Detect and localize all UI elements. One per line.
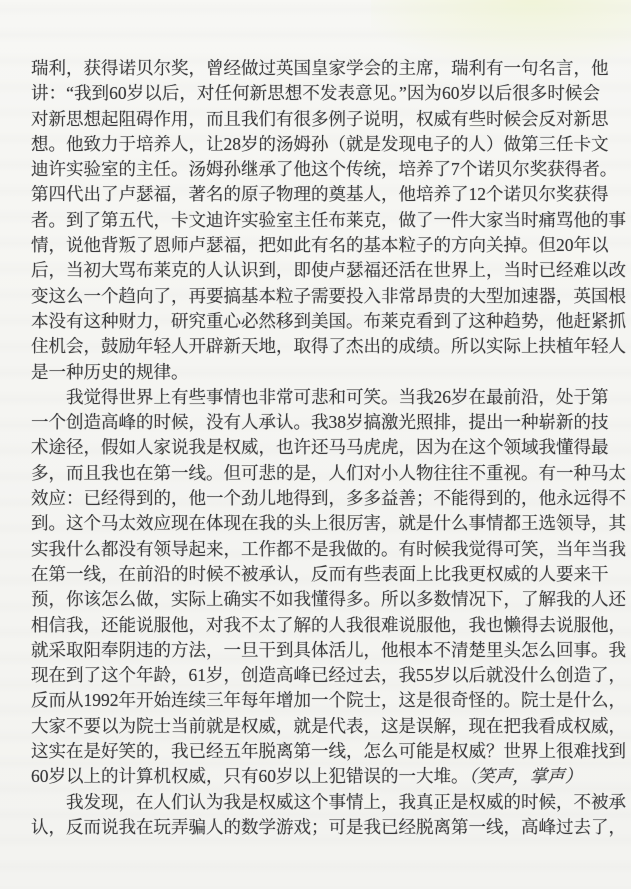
text-line: 反而从1992年开始连续三年每年增加一个院士，这是很奇怪的。院士是什么， — [31, 688, 600, 713]
text-line: 者。到了第五代，卡文迪许实验室主任布莱克，做了一件大家当时痛骂他的事 — [31, 208, 600, 233]
text-line: 本没有这种财力，研究重心必然移到美国。布莱克看到了这种趋势，他赶紧抓 — [31, 309, 600, 334]
text-line-page-end: 认，反而说我在玩弄骗人的数学游戏；可是我已经脱离第一线，高峰过去了， — [31, 815, 600, 840]
text-line-paragraph-end: 是一种历史的规律。 — [31, 360, 600, 385]
text-line: 效应：已经得到的，他一个劲儿地得到，多多益善；不能得到的，他永远得不 — [31, 486, 600, 511]
scan-artifact-corner-tint — [371, 0, 631, 60]
text-line: 到。这个马太效应现在体现在我的头上很厉害，就是什么事情都王选领导，其 — [31, 511, 600, 536]
text-line: 现在到了这个年龄，61岁，创造高峰已经过去，我55岁以后就没什么创造了， — [31, 663, 600, 688]
text-line: 术途径，假如人家说我是权威，也许还马马虎虎，因为在这个领域我懂得最 — [31, 435, 600, 460]
text-line: 多，而且我也在第一线。但可悲的是，人们对小人物往往不重视。有一种马太 — [31, 461, 600, 486]
text-line: 想。他致力于培养人，让28岁的汤姆孙（就是发现电子的人）做第三任卡文 — [31, 132, 600, 157]
text-line: 相信我，还能说服他，对我不太了解的人我很难说服他，我也懒得去说服他， — [31, 613, 600, 638]
text-line: 住机会，鼓励年轻人开辟新天地，取得了杰出的成绩。所以实际上扶植年轻人 — [31, 334, 600, 359]
audience-reaction-note: （笑声，掌声） — [469, 766, 583, 786]
text-line: 对新思想起阻碍作用，而且我们有很多例子说明，权威有些时候会反对新思 — [31, 107, 600, 132]
text-line: 变这么一个趋向了，再要搞基本粒子需要投入非常昂贵的大型加速器，英国根 — [31, 284, 600, 309]
text-line: 情，说他背叛了恩师卢瑟福，把如此有名的基本粒子的方向关掉。但20年以 — [31, 233, 600, 258]
text-line: 讲：“我到60岁以后，对任何新思想不发表意见。”因为60岁以后很多时候会 — [31, 81, 600, 106]
text-line: 瑞利，获得诺贝尔奖，曾经做过英国皇家学会的主席，瑞利有一句名言，他 — [31, 56, 600, 81]
text-line: 这实在是好笑的，我已经五年脱离第一线，怎么可能是权威？世界上很难找到 — [31, 739, 600, 764]
text-line: 就采取阳奉阴违的方法，一旦干到具体活儿，他根本不清楚里头怎么回事。我 — [31, 638, 600, 663]
text-line-paragraph-start: 我发现，在人们认为我是权威这个事情上，我真正是权威的时候，不被承 — [31, 790, 600, 815]
text-line: 第四代出了卢瑟福，著名的原子物理的奠基人，他培养了12个诺贝尔奖获得 — [31, 182, 600, 207]
scanned-document-page: 瑞利，获得诺贝尔奖，曾经做过英国皇家学会的主席，瑞利有一句名言，他 讲：“我到6… — [0, 0, 631, 889]
text-line: 后，当初大骂布莱克的人认识到，即使卢瑟福还活在世界上，当时已经难以改 — [31, 258, 600, 283]
text-line-paragraph-end: 60岁以上的计算机权威，只有60岁以上犯错误的一大堆。（笑声，掌声） — [31, 764, 600, 789]
text-line: 一个创造高峰的时候，没有人承认。我38岁搞激光照排，提出一种崭新的技 — [31, 410, 600, 435]
text-line: 实我什么都没有领导起来，工作都不是我做的。有时候我觉得可笑，当年当我 — [31, 537, 600, 562]
text-line: 大家不要以为院士当前就是权威，就是代表，这是误解，现在把我看成权威， — [31, 714, 600, 739]
body-text-block: 瑞利，获得诺贝尔奖，曾经做过英国皇家学会的主席，瑞利有一句名言，他 讲：“我到6… — [31, 56, 600, 840]
text-segment: 60岁以上的计算机权威，只有60岁以上犯错误的一大堆。 — [31, 766, 469, 786]
text-line: 在第一线，在前沿的时候不被承认，反而有些表面上比我更权威的人要来干 — [31, 562, 600, 587]
text-line-paragraph-start: 我觉得世界上有些事情也非常可悲和可笑。当我26岁在最前沿，处于第 — [31, 385, 600, 410]
text-line: 预，你该怎么做，实际上确实不如我懂得多。所以多数情况下，了解我的人还 — [31, 587, 600, 612]
text-line: 迪许实验室的主任。汤姆孙继承了他这个传统，培养了7个诺贝尔奖获得者。 — [31, 157, 600, 182]
